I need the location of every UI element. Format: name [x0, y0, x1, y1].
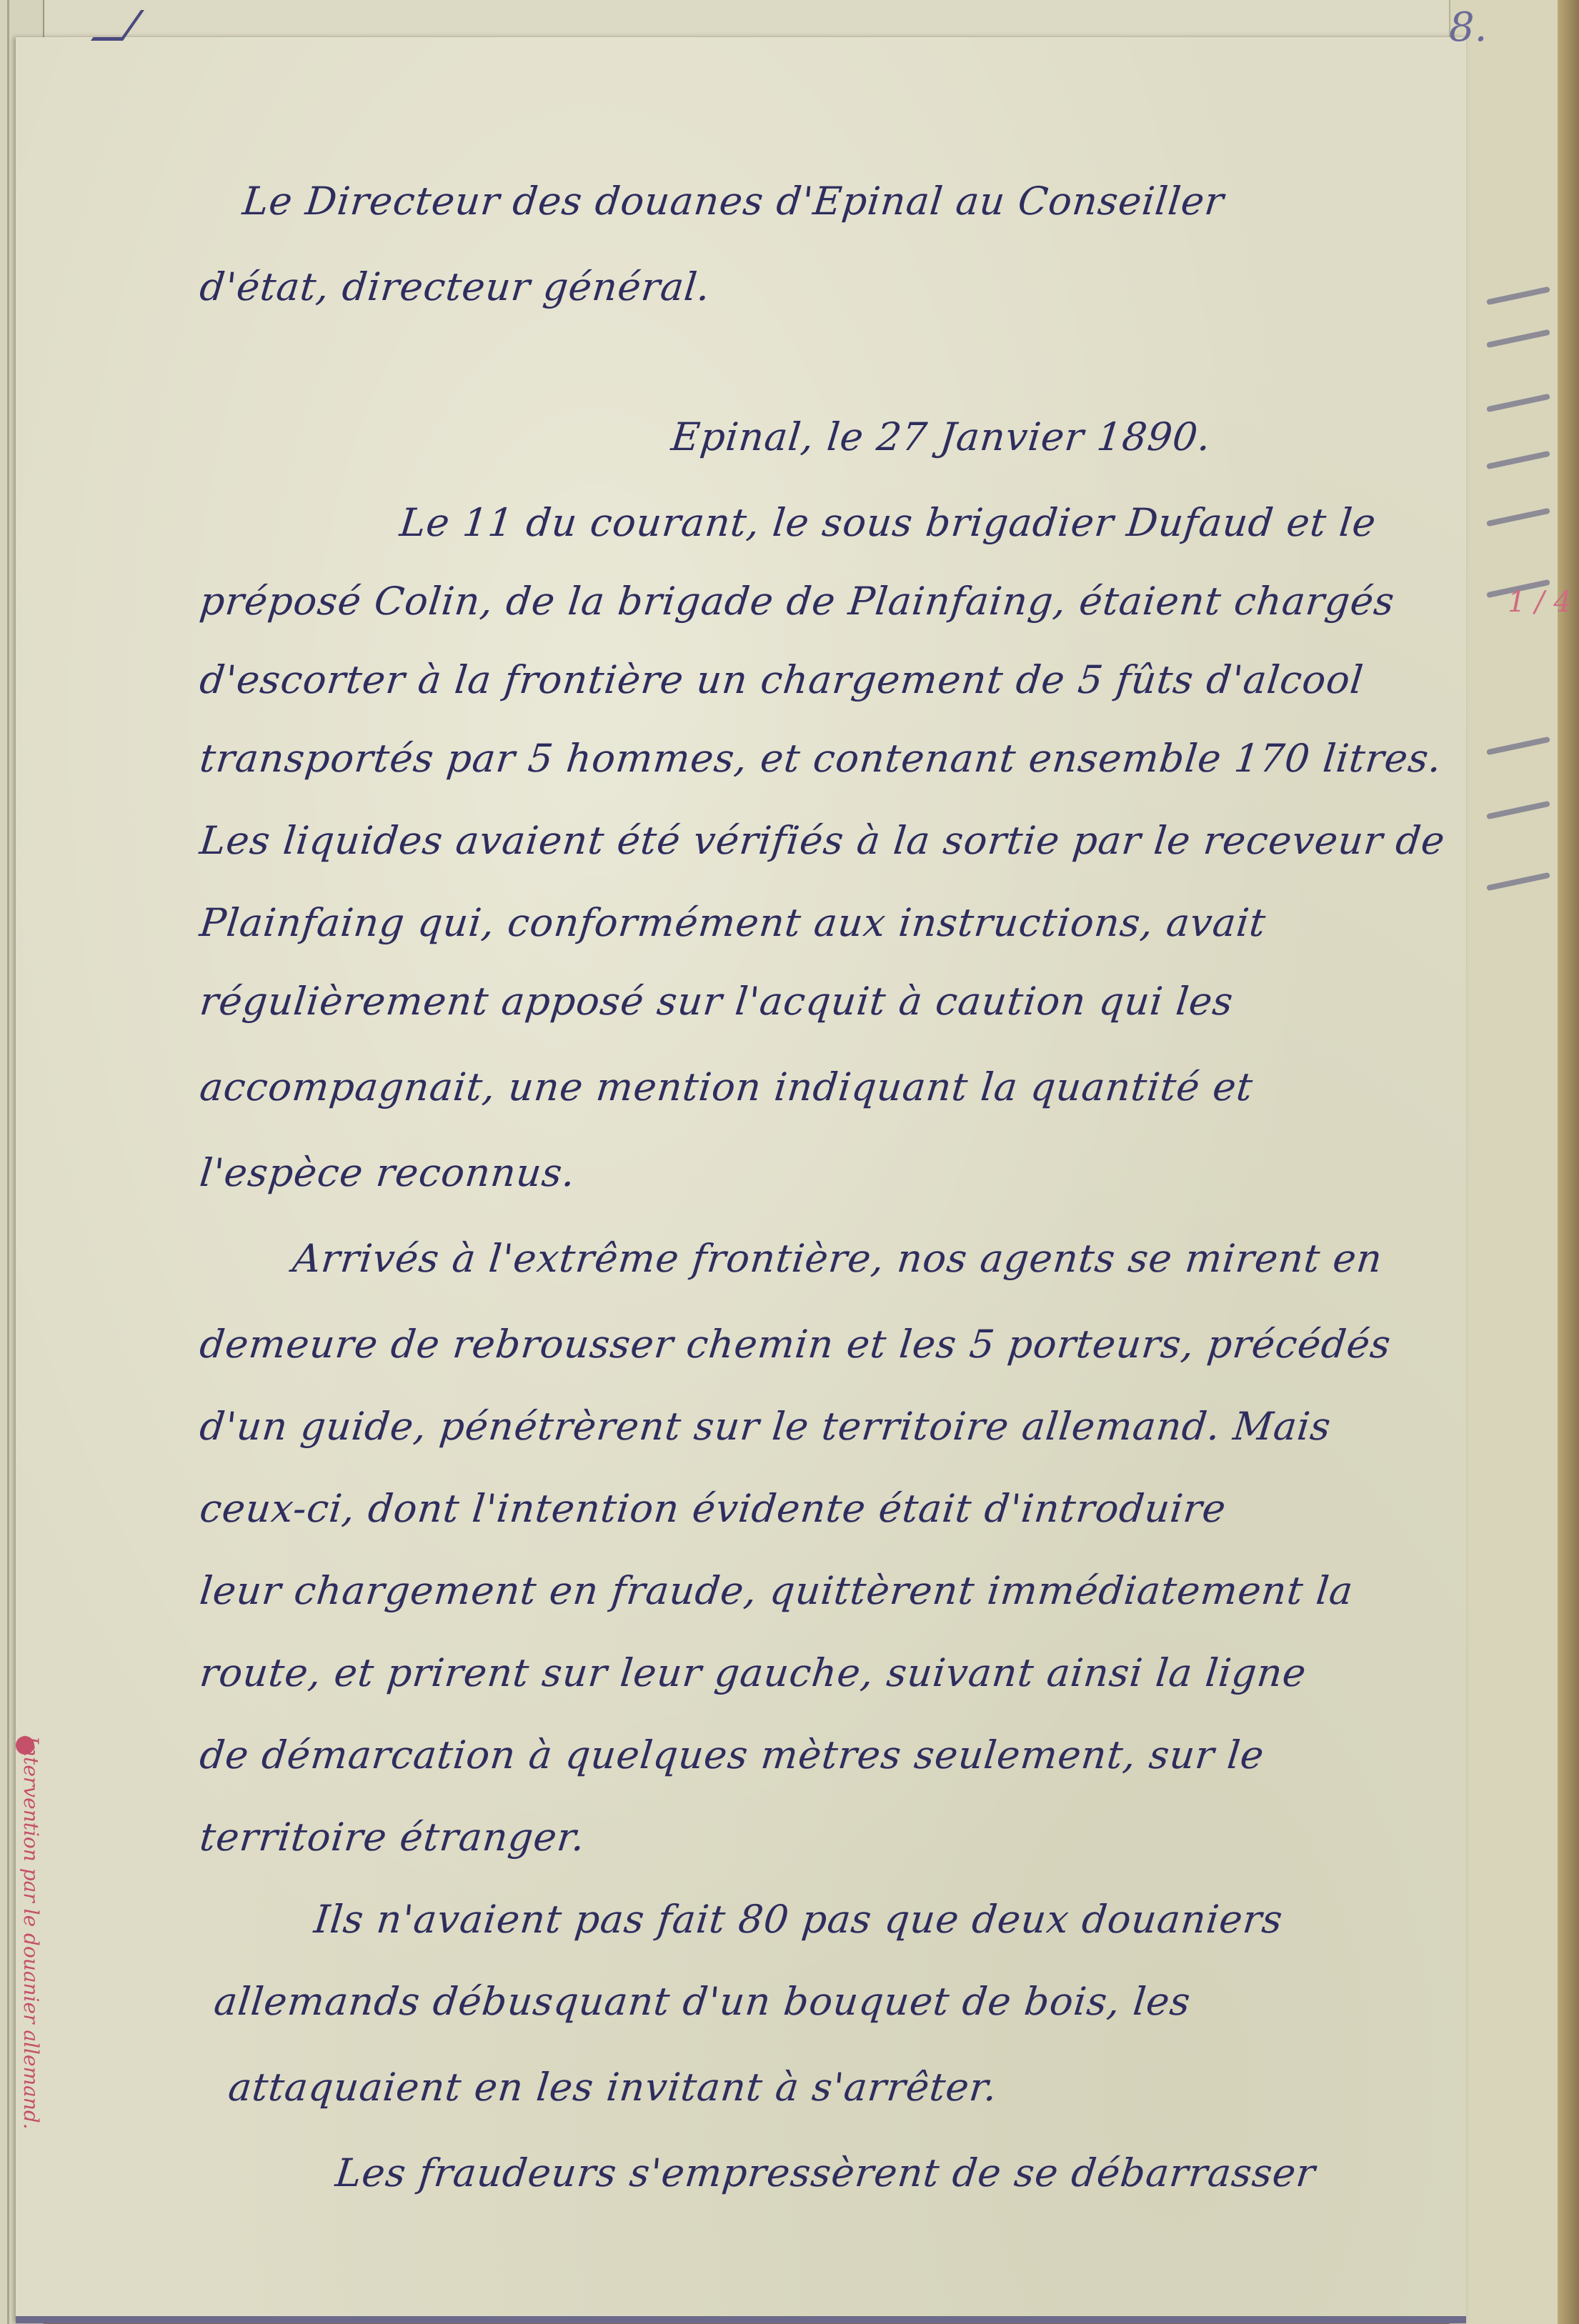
body-line: Le 11 du courant, le sous brigadier Dufa… — [398, 500, 1379, 545]
body-line: Les liquides avaient été vérifiés à la s… — [198, 818, 1448, 863]
body-line: ceux-ci, dont l'intention évidente était… — [198, 1486, 1229, 1531]
body-line: Arrivés à l'extrême frontière, nos agent… — [291, 1236, 1385, 1281]
folio-number: 8. — [1449, 4, 1487, 51]
body-line: attaquaient en les invitant à s'arrêter. — [226, 2065, 1000, 2110]
margin-annotation-right: 1 / 4 — [1508, 586, 1572, 619]
underlying-sheet-left-edge — [7, 0, 9, 2324]
body-line: d'un guide, pénétrèrent sur le territoir… — [198, 1404, 1333, 1449]
body-line: allemands débusquant d'un bouquet de boi… — [212, 1979, 1193, 2024]
header-line-2: d'état, directeur général. — [198, 264, 713, 309]
body-line: territoire étranger. — [198, 1815, 588, 1860]
body-line: de démarcation à quelques mètres seuleme… — [198, 1732, 1267, 1777]
manuscript-page: Le Directeur des douanes d'Epinal au Con… — [16, 37, 1466, 2323]
body-line: Plainfaing qui, conformément aux instruc… — [198, 900, 1268, 945]
body-line: préposé Colin, de la brigade de Plainfai… — [198, 579, 1397, 624]
body-line: leur chargement en fraude, quittèrent im… — [198, 1568, 1355, 1613]
letter-body: Le Directeur des douanes d'Epinal au Con… — [16, 37, 1466, 2316]
body-line: d'escorter à la frontière un chargement … — [198, 657, 1366, 702]
body-line: Ils n'avaient pas fait 80 pas que deux d… — [312, 1897, 1285, 1942]
body-line: l'espèce reconnus. — [198, 1150, 578, 1195]
dateline: Epinal, le 27 Janvier 1890. — [669, 414, 1214, 459]
body-line: transportés par 5 hommes, et contenant e… — [198, 736, 1445, 781]
body-line: route, et prirent sur leur gauche, suiva… — [198, 1650, 1309, 1695]
folder-edge — [1558, 0, 1579, 2324]
margin-annotation-left: Intervention par le douanier allemand. — [19, 1736, 43, 2130]
body-line: régulièrement apposé sur l'acquit à caut… — [198, 979, 1236, 1024]
header-line-1: Le Directeur des douanes d'Epinal au Con… — [241, 179, 1227, 224]
body-line: accompagnait, une mention indiquant la q… — [198, 1064, 1255, 1109]
body-line: Les fraudeurs s'empressèrent de se débar… — [334, 2150, 1318, 2195]
body-line: demeure de rebrousser chemin et les 5 po… — [198, 1322, 1393, 1367]
